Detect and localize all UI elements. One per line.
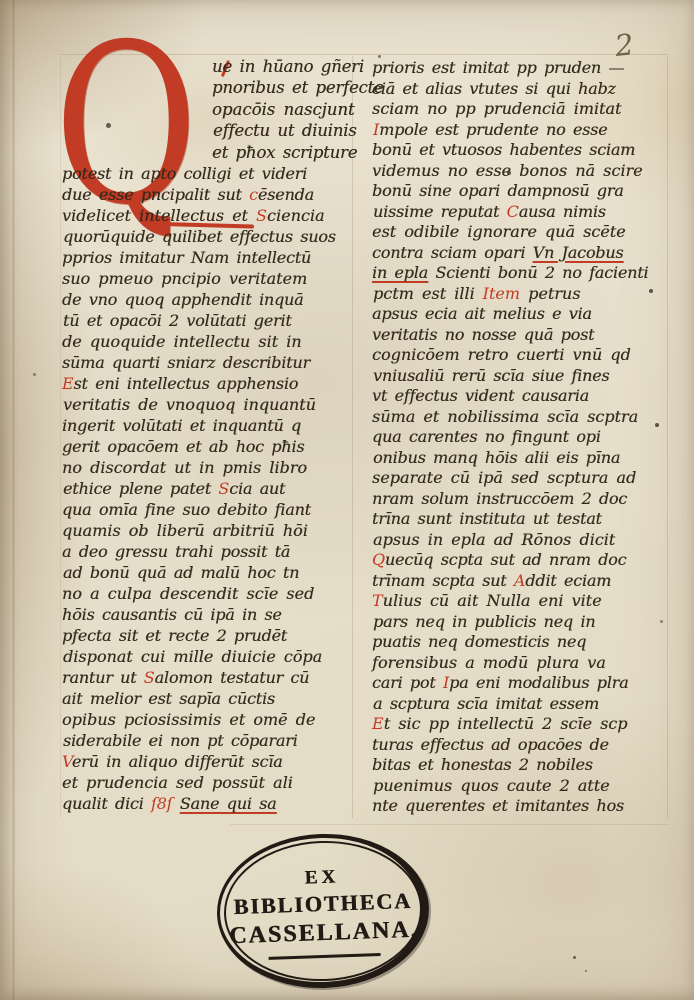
manuscript-line: quamis ob liberū arbitriū hōi: [62, 520, 354, 541]
ink-text: veritatis no nosse quā post: [372, 325, 594, 344]
manuscript-line: trīnam scpta sut Addit eciam: [372, 571, 672, 592]
stamp-text-cassellana: CASSELLANA.: [229, 915, 419, 952]
manuscript-line: pnoribus et perfecte: [212, 77, 354, 98]
manuscript-line: prioris est imitat pp pruden —: [372, 58, 672, 79]
manuscript-line: veritatis no nosse quā post: [372, 325, 672, 346]
ink-text: apsus in epla ad Rōnos dicit: [373, 530, 615, 549]
ink-text: cari pot: [372, 673, 443, 692]
manuscript-line: veritatis de vnoquoq inquantū: [63, 394, 355, 415]
ink-text: sciam no pp prudenciā imitat: [372, 99, 621, 118]
ink-text: ciencia: [267, 206, 324, 225]
rubricated-text: c: [249, 185, 258, 204]
red-underlined-text: Sane qui sa: [180, 794, 277, 813]
manuscript-line: pprios imitatur Nam intellectū: [62, 247, 354, 268]
ink-text: et pħox scripture: [212, 143, 357, 162]
ink-text: pa eni modalibus plra: [449, 673, 628, 692]
manuscript-line: uissime reputat Causa nimis: [373, 202, 673, 223]
rubricated-text: E: [372, 714, 384, 733]
ink-speck: [378, 55, 381, 58]
ink-text: sūma quarti sniarz describitur: [62, 353, 310, 372]
manuscript-line: a deo gressu trahi possit tā: [62, 541, 354, 562]
ink-text: qua omīa fine suo debito fiant: [62, 500, 311, 519]
manuscript-line: Impole est prudente no esse: [373, 120, 673, 141]
manuscript-line: turas effectus ad opacōes de: [372, 735, 672, 756]
ink-text: rantur ut: [62, 668, 144, 687]
manuscript-line: ethice plene patet Scia aut: [63, 478, 355, 499]
manuscript-line: no discordat ut in pmis libro: [62, 457, 354, 478]
manuscript-line: due esse pncipalit sut cēsenda: [62, 184, 354, 205]
manuscript-line: quorūquide quilibet effectus suos: [63, 226, 355, 247]
rubricated-text: V: [62, 752, 72, 771]
manuscript-line: ciā et alias vtutes si qui habz: [372, 79, 672, 100]
ink-text: mpole est prudente no esse: [379, 120, 607, 139]
manuscript-line: separate cū ipā sed scptura ad: [372, 468, 672, 489]
rubricated-text: ſ8ſ: [151, 794, 172, 813]
ink-text: pprios imitatur Nam intellectū: [62, 248, 311, 267]
manuscript-line: cari pot Ipa eni modalibus plra: [372, 673, 672, 694]
manuscript-line: cognicōem retro cuerti vnū qd: [372, 345, 672, 366]
manuscript-line: bitas et honestas 2 nobiles: [372, 755, 672, 776]
body-lines-block: potest in apto colligi et videridue esse…: [62, 163, 354, 814]
rubricated-text: Item: [483, 284, 520, 303]
manuscript-line: Tulius cū ait Nulla eni vite: [372, 591, 672, 612]
ink-text: potest in apto colligi et videri: [62, 164, 307, 183]
manuscript-line: puenimus quos caute 2 atte: [373, 776, 673, 797]
manuscript-line: onibus manq hōis alii eis pīna: [373, 448, 673, 469]
manuscript-line: ingerit volūtati et inquantū q: [62, 415, 354, 436]
ink-text: ulius cū ait Nulla eni vite: [383, 591, 602, 610]
manuscript-line: trīna sunt instituta ut testat: [372, 509, 672, 530]
ink-text: Scienti bonū 2 no facienti: [428, 263, 648, 282]
manuscript-line: qua carentes no fingunt opi: [372, 427, 672, 448]
ink-text: uecūq scpta sut ad nram doc: [385, 550, 626, 569]
ink-text: tū et opacōi 2 volūtati gerit: [63, 311, 292, 330]
manuscript-line: in epla Scienti bonū 2 no facienti: [372, 263, 672, 284]
manuscript-line: no a culpa descendit scīe sed: [62, 583, 354, 604]
ruling-line: [230, 824, 670, 825]
ink-text: siderabile ei non pt cōparari: [63, 731, 298, 750]
ink-text: trīnam scpta sut: [372, 571, 514, 590]
ink-text: onibus manq hōis alii eis pīna: [373, 448, 620, 467]
library-stamp: EX BIBLIOTHECA CASSELLANA.: [214, 830, 431, 991]
ink-text: erū in aliquo differūt scīa: [72, 752, 283, 771]
ink-text: no a culpa descendit scīe sed: [62, 584, 314, 603]
ink-text: trīna sunt instituta ut testat: [372, 509, 602, 528]
ink-text: [172, 794, 179, 813]
ink-text: ciā et alias vtutes si qui habz: [372, 79, 616, 98]
manuscript-line: suo pmeuo pncipio veritatem: [62, 268, 354, 289]
page-crease: [12, 0, 15, 1000]
ink-speck: [655, 423, 659, 427]
ink-text: ue in hūano gñeri: [212, 57, 364, 76]
ink-text: pars neq in publicis neq in: [373, 612, 595, 631]
stamp-text-ex: EX: [304, 866, 339, 891]
ink-speck: [507, 171, 511, 175]
manuscript-line: hōis causantis cū ipā in se: [62, 604, 354, 625]
manuscript-line: sciam no pp prudenciā imitat: [372, 99, 672, 120]
ink-text: veritatis de vnoquoq inquantū: [63, 395, 316, 414]
ink-text: est odibile ignorare quā scēte: [372, 222, 626, 241]
ink-text: pctm est illi: [373, 284, 483, 303]
ink-text: qua carentes no fingunt opi: [372, 427, 601, 446]
stamp-rule: [269, 953, 381, 959]
ink-speck: [106, 123, 111, 128]
ink-text: videmus no esse bonos nā scire: [372, 161, 643, 180]
rubricated-text: T: [372, 591, 383, 610]
manuscript-line: de vno quoq apphendit inquā: [62, 289, 354, 310]
ink-text: ēsenda: [258, 185, 314, 204]
manuscript-line: pars neq in publicis neq in: [373, 612, 673, 633]
ink-text: ingerit volūtati et inquantū q: [62, 416, 301, 435]
ink-text: de quoquide intellectu sit in: [62, 332, 302, 351]
manuscript-line: gerit opacōem et ab hoc pħis: [62, 436, 354, 457]
ink-speck: [660, 620, 663, 623]
manuscript-line: sūma quarti sniarz describitur: [62, 352, 354, 373]
ink-text: ausa nimis: [519, 202, 606, 221]
ink-text: hōis causantis cū ipā in se: [62, 605, 282, 624]
ink-text: quorūquide quilibet effectus suos: [63, 227, 336, 246]
ink-text: et prudencia sed possūt ali: [62, 773, 293, 792]
ink-text: apsus ecia ait melius e via: [372, 304, 592, 323]
ink-text: suo pmeuo pncipio veritatem: [62, 269, 307, 288]
ink-text: vt effectus vident causaria: [372, 386, 589, 405]
ink-text: effectu ut diuinis: [213, 121, 357, 140]
ink-text: cognicōem retro cuerti vnū qd: [372, 345, 631, 364]
ink-text: alomon testatur cū: [155, 668, 310, 687]
rubricated-text: S: [218, 479, 229, 498]
manuscript-line: contra sciam opari Vn Jacobus: [372, 243, 672, 264]
manuscript-line: pfecta sit et recte 2 prudēt: [62, 625, 354, 646]
rubricated-text: S: [256, 206, 267, 225]
ink-text: forensibus a modū plura va: [372, 653, 606, 672]
manuscript-line: qua omīa fine suo debito fiant: [62, 499, 354, 520]
ink-text: contra sciam opari: [372, 243, 533, 262]
manuscript-line: potest in apto colligi et videri: [62, 163, 354, 184]
manuscript-line: ait melior est sapīa cūctis: [62, 688, 354, 709]
left-text-column: ue in hūano gñeripnoribus et perfecteopa…: [62, 56, 354, 814]
manuscript-line: nte querentes et imitantes hos: [372, 796, 672, 817]
manuscript-line: est odibile ignorare quā scēte: [372, 222, 672, 243]
ink-speck: [33, 373, 36, 376]
ink-text: t sic pp intellectū 2 scīe scp: [384, 714, 628, 733]
ink-text: st eni intellectus apphensio: [73, 374, 298, 393]
ink-text: pnoribus et perfecte: [212, 78, 384, 97]
ink-text: no discordat ut in pmis libro: [62, 458, 307, 477]
manuscript-line: videlicet intellectus et Sciencia: [62, 205, 354, 226]
ink-text: ad bonū quā ad malū hoc tn: [63, 563, 299, 582]
ink-text: cia aut: [229, 479, 285, 498]
manuscript-line: forensibus a modū plura va: [372, 653, 672, 674]
ink-text: disponat cui mille diuicie cōpa: [63, 647, 322, 666]
manuscript-line: sūma et nobilissima scīa scptra: [372, 407, 672, 428]
ink-text: pfecta sit et recte 2 prudēt: [62, 626, 287, 645]
ink-text: ait melior est sapīa cūctis: [62, 689, 275, 708]
manuscript-line: effectu ut diuinis: [213, 120, 355, 141]
manuscript-line: pctm est illi Item petrus: [373, 284, 673, 305]
ink-text: gerit opacōem et ab hoc pħis: [62, 437, 304, 456]
opening-lines-block: ue in hūano gñeripnoribus et perfecteopa…: [212, 56, 354, 163]
manuscript-line: apsus in epla ad Rōnos dicit: [373, 530, 673, 551]
ink-text: opacōis nascjunt: [212, 100, 355, 119]
ink-speck: [585, 970, 587, 972]
rubricated-text: S: [144, 668, 155, 687]
manuscript-line: opibus pciosissimis et omē de: [62, 709, 354, 730]
ink-text: vniusaliū rerū scīa siue fines: [373, 366, 609, 385]
red-underlined-text: Vn Jacobus: [533, 243, 624, 262]
red-underlined-text: in epla: [372, 263, 428, 282]
ink-text: puenimus quos caute 2 atte: [373, 776, 610, 795]
ink-speck: [573, 956, 576, 959]
manuscript-line: tū et opacōi 2 volūtati gerit: [63, 310, 355, 331]
ink-text: due esse pncipalit sut: [62, 185, 249, 204]
manuscript-line: Verū in aliquo differūt scīa: [62, 751, 354, 772]
ink-text: petrus: [520, 284, 580, 303]
ink-text: quamis ob liberū arbitriū hōi: [62, 521, 308, 540]
ink-text: bonū et vtuosos habentes sciam: [372, 140, 635, 159]
manuscript-line: et prudencia sed possūt ali: [62, 772, 354, 793]
manuscript-line: siderabile ei non pt cōparari: [63, 730, 355, 751]
ink-text: qualit dici: [62, 794, 151, 813]
ink-text: turas effectus ad opacōes de: [372, 735, 609, 754]
ink-text: bitas et honestas 2 nobiles: [372, 755, 593, 774]
manuscript-line: rantur ut Salomon testatur cū: [62, 667, 354, 688]
ink-text: sūma et nobilissima scīa scptra: [372, 407, 638, 426]
manuscript-line: de quoquide intellectu sit in: [62, 331, 354, 352]
ink-text: videlicet intellectus et: [62, 206, 256, 225]
rubricated-text: C: [507, 202, 519, 221]
ink-text: de vno quoq apphendit inquā: [62, 290, 303, 309]
ink-speck: [649, 289, 653, 293]
ink-text: a scptura scīa imitat essem: [373, 694, 599, 713]
manuscript-page: 2 Q ue in hūano gñeripnoribus et perfect…: [0, 0, 694, 1000]
manuscript-line: qualit dici ſ8ſ Sane qui sa: [62, 793, 354, 814]
rubricated-text: E: [62, 374, 73, 393]
ink-text: ddit eciam: [525, 571, 611, 590]
rubricated-text: Q: [372, 550, 385, 569]
manuscript-line: vt effectus vident causaria: [372, 386, 672, 407]
ink-text: uissime reputat: [373, 202, 507, 221]
manuscript-line: apsus ecia ait melius e via: [372, 304, 672, 325]
ink-text: ethice plene patet: [63, 479, 218, 498]
ink-text: puatis neq domesticis neq: [372, 632, 586, 651]
manuscript-line: bonū sine opari dampnosū gra: [372, 181, 672, 202]
ink-text: opibus pciosissimis et omē de: [62, 710, 315, 729]
manuscript-line: bonū et vtuosos habentes sciam: [372, 140, 672, 161]
ink-text: nte querentes et imitantes hos: [372, 796, 624, 815]
manuscript-line: Et sic pp intellectū 2 scīe scp: [372, 714, 672, 735]
rubricated-text: A: [514, 571, 525, 590]
manuscript-line: puatis neq domesticis neq: [372, 632, 672, 653]
manuscript-line: nram solum instruccōem 2 doc: [372, 489, 672, 510]
manuscript-line: opacōis nascjunt: [212, 99, 354, 120]
manuscript-line: a scptura scīa imitat essem: [373, 694, 673, 715]
manuscript-line: ad bonū quā ad malū hoc tn: [63, 562, 355, 583]
manuscript-line: disponat cui mille diuicie cōpa: [63, 646, 355, 667]
manuscript-line: videmus no esse bonos nā scire: [372, 161, 672, 182]
ink-text: a deo gressu trahi possit tā: [62, 542, 290, 561]
right-text-column: prioris est imitat pp pruden —ciā et ali…: [372, 58, 672, 817]
ink-text: nram solum instruccōem 2 doc: [372, 489, 627, 508]
ink-text: prioris est imitat pp pruden —: [372, 58, 624, 77]
manuscript-line: Quecūq scpta sut ad nram doc: [372, 550, 672, 571]
manuscript-line: et pħox scripture: [212, 142, 354, 163]
ink-text: separate cū ipā sed scptura ad: [372, 468, 636, 487]
ink-text: bonū sine opari dampnosū gra: [372, 181, 624, 200]
manuscript-line: Est eni intellectus apphensio: [62, 373, 354, 394]
manuscript-line: ue in hūano gñeri: [212, 56, 354, 77]
manuscript-line: vniusaliū rerū scīa siue fines: [373, 366, 673, 387]
